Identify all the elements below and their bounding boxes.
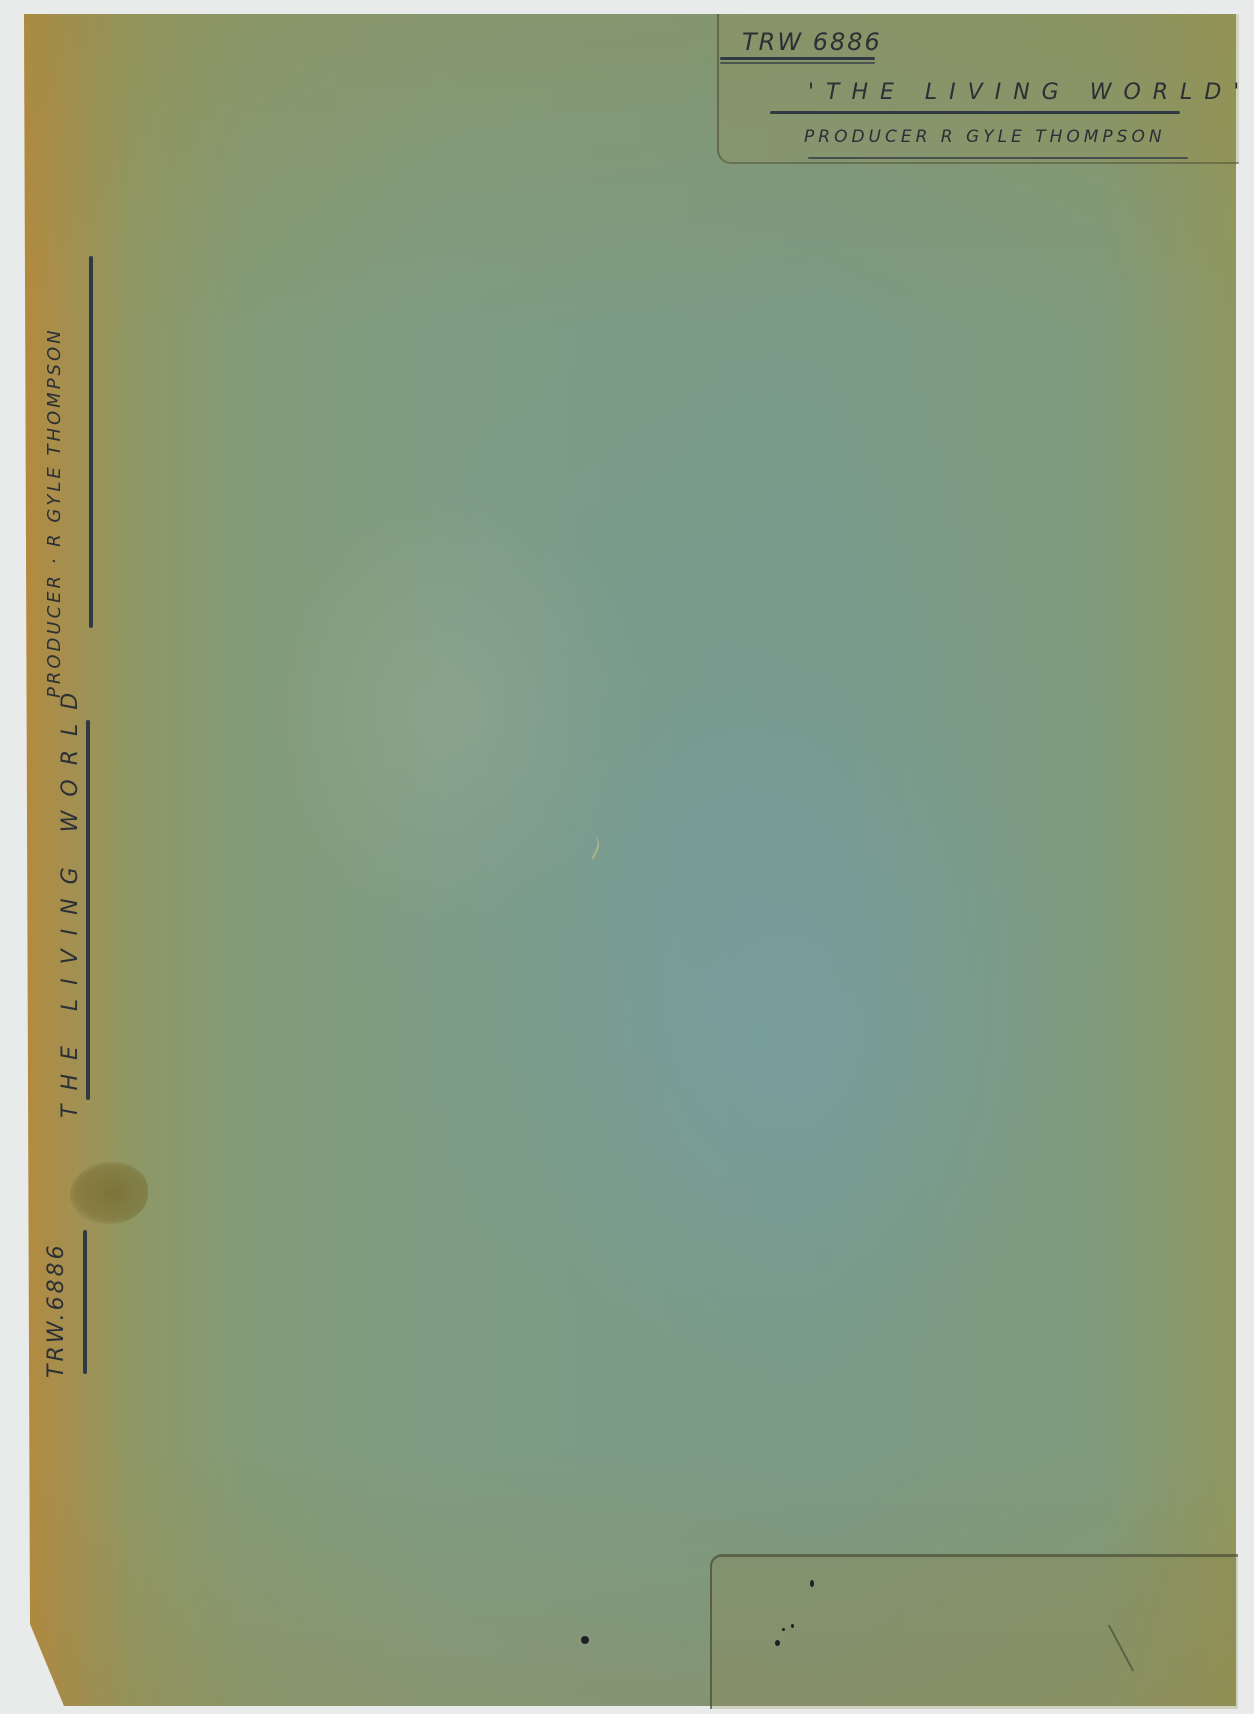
top-reference-number: TRW 6886 bbox=[742, 28, 882, 56]
spine-producer: PRODUCER · R GYLE THOMPSON bbox=[44, 327, 65, 698]
reference-underline bbox=[720, 57, 875, 60]
ink-speck bbox=[791, 1624, 794, 1628]
spine-producer-rule bbox=[89, 256, 93, 628]
reference-underline-double bbox=[720, 62, 875, 64]
title-underline bbox=[770, 111, 1180, 114]
producer-underline bbox=[808, 157, 1188, 159]
punch-hole bbox=[581, 1636, 589, 1644]
spine-title-rule bbox=[86, 720, 90, 1100]
top-title: 'THE LIVING WORLD' bbox=[808, 80, 1251, 105]
water-stain bbox=[70, 1162, 148, 1224]
ink-speck bbox=[775, 1640, 780, 1646]
spine-reference-rule bbox=[83, 1230, 87, 1374]
top-producer: PRODUCER R GYLE THOMPSON bbox=[804, 127, 1166, 147]
spine-reference-number: TRW.6886 bbox=[44, 1242, 69, 1378]
spine-title: THE LIVING WORLD bbox=[58, 679, 83, 1118]
ink-speck bbox=[810, 1580, 814, 1587]
ink-speck bbox=[782, 1628, 785, 1631]
bottom-pocket-flap bbox=[710, 1554, 1238, 1709]
folder-cover bbox=[24, 14, 1236, 1706]
